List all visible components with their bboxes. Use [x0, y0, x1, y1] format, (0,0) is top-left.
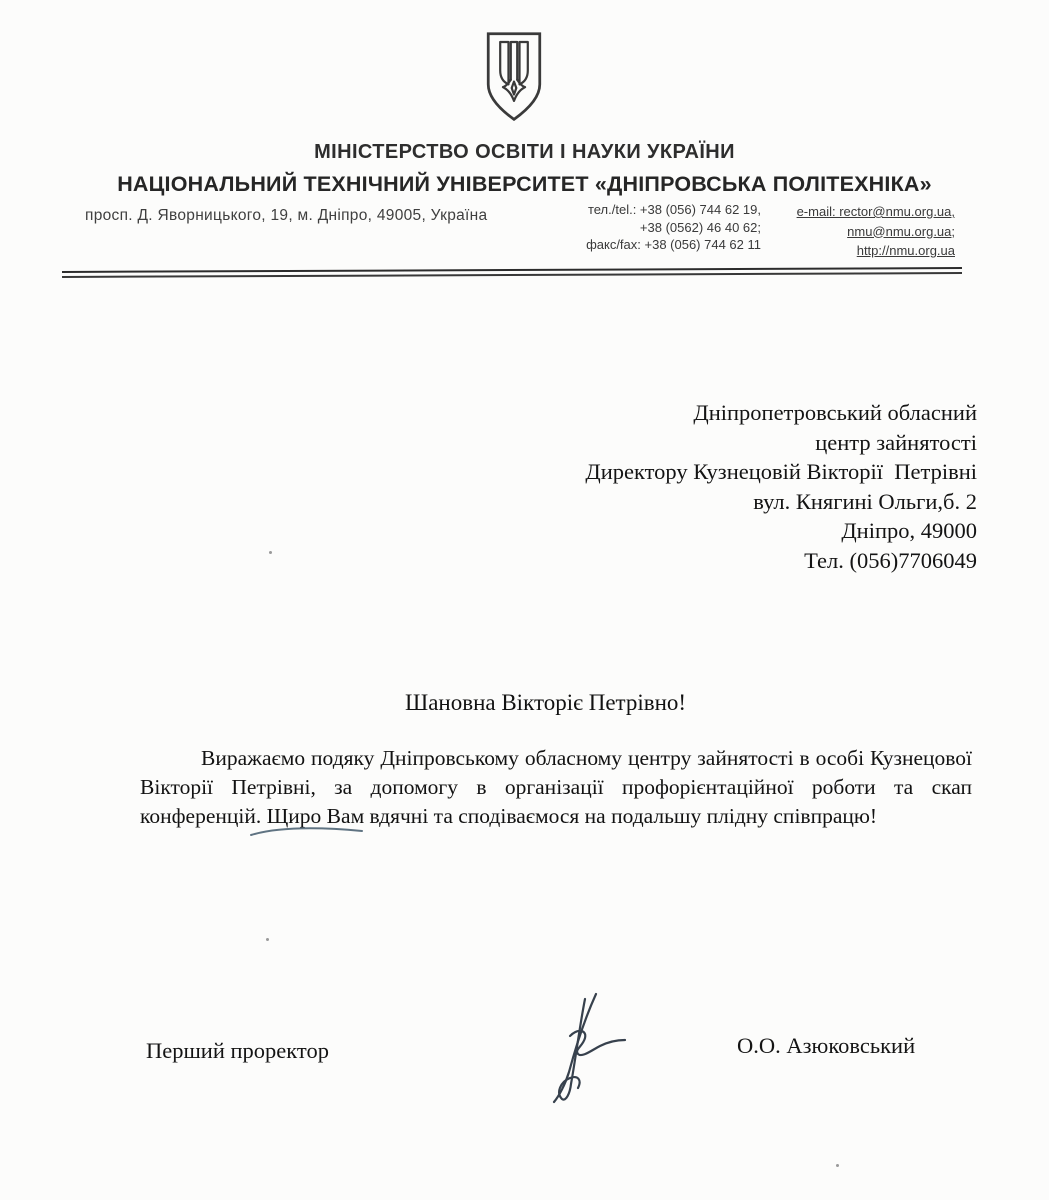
recipient-block: Дніпропетровський обласний центр зайнято…	[585, 398, 977, 575]
ministry-title: МІНІСТЕРСТВО ОСВІТИ І НАУКИ УКРАЇНИ	[0, 141, 1049, 164]
university-title: НАЦІОНАЛЬНИЙ ТЕХНІЧНИЙ УНІВЕРСИТЕТ «ДНІП…	[0, 172, 1049, 197]
recipient-line: центр зайнятості	[585, 428, 977, 458]
signer-position-title: Перший проректор	[146, 1038, 329, 1064]
recipient-line: Дніпро, 49000	[585, 516, 977, 546]
recipient-line: Тел. (056)7706049	[585, 546, 977, 576]
email-block: e-mail: rector@nmu.org.ua, nmu@nmu.org.u…	[797, 202, 955, 261]
email-line: e-mail: rector@nmu.org.ua,	[797, 202, 955, 222]
pen-underline-mark	[248, 823, 366, 839]
recipient-line: Дніпропетровський обласний	[585, 398, 977, 428]
website-line: http://nmu.org.ua	[797, 241, 955, 261]
university-address: просп. Д. Яворницького, 19, м. Дніпро, 4…	[85, 207, 487, 225]
scanned-letter-page: МІНІСТЕРСТВО ОСВІТИ І НАУКИ УКРАЇНИ НАЦІ…	[0, 0, 1049, 1200]
phone-line: тел./tel.: +38 (056) 744 62 19,	[586, 201, 761, 219]
phone-line: +38 (0562) 46 40 62;	[586, 219, 761, 237]
salutation: Шановна Вікторіє Петрівно!	[405, 690, 686, 716]
letter-body-paragraph: Виражаємо подяку Дніпровському обласному…	[140, 744, 972, 830]
scan-speck	[269, 551, 272, 554]
scan-speck	[266, 938, 269, 941]
signer-name: О.О. Азюковський	[737, 1033, 915, 1059]
recipient-line: Директору Кузнецовій Вікторії Петрівні	[585, 457, 977, 487]
phone-block: тел./tel.: +38 (056) 744 62 19, +38 (056…	[586, 201, 761, 254]
scan-speck	[836, 1164, 839, 1167]
ukraine-trident-emblem-icon	[481, 31, 547, 123]
recipient-line: вул. Княгині Ольги,б. 2	[585, 487, 977, 517]
email-line: nmu@nmu.org.ua;	[797, 222, 955, 242]
letterhead-divider-rule	[62, 267, 962, 278]
fax-line: факс/fax: +38 (056) 744 62 11	[586, 236, 761, 254]
handwritten-signature	[528, 990, 628, 1105]
